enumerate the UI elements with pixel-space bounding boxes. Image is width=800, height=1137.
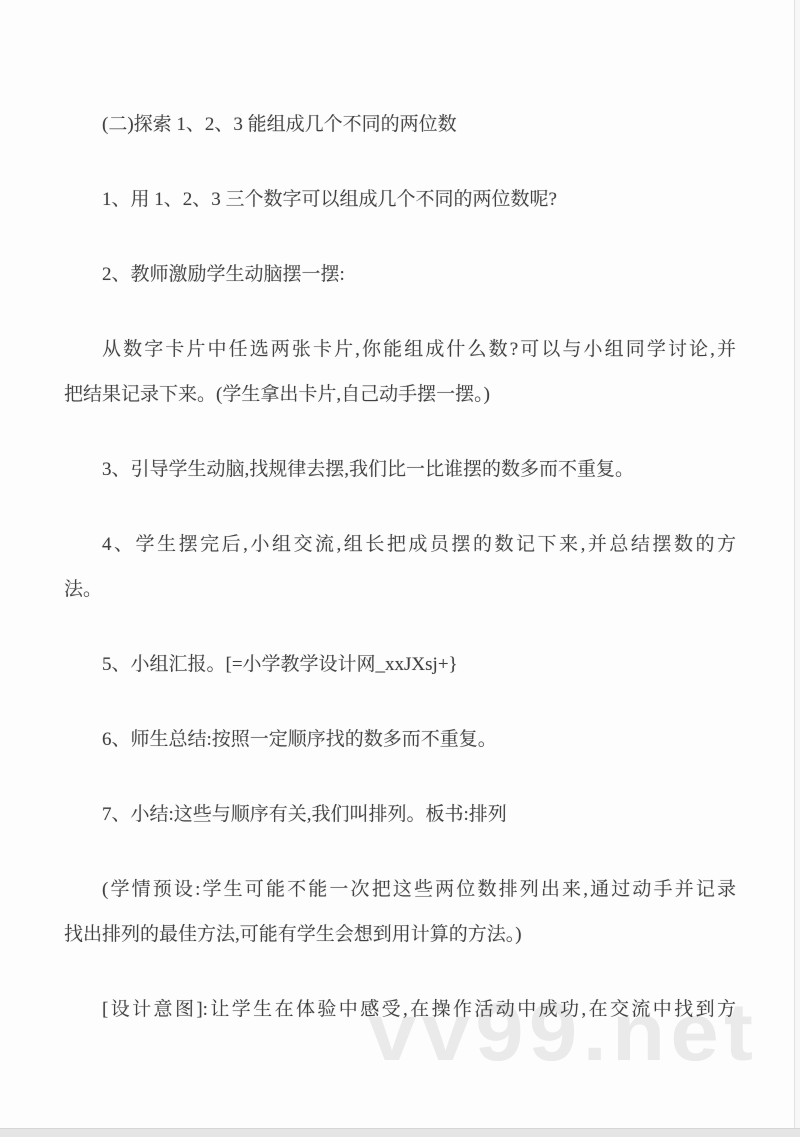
paragraph-line-step4: 4、学生摆完后,小组交流,组长把成员摆的数记下来,并总结摆数的方	[64, 522, 736, 567]
paragraph-line-intent: [设计意图]:让学生在体验中感受,在操作活动中成功,在交流中找到方	[64, 987, 736, 1032]
paragraph-line-continued: 找出排列的最佳方法,可能有学生会想到用计算的方法。)	[64, 912, 736, 957]
section-heading: (二)探索 1、2、3 能组成几个不同的两位数	[64, 102, 736, 147]
paragraph-line-step3: 3、引导学生动脑,找规律去摆,我们比一比谁摆的数多而不重复。	[64, 447, 736, 492]
paragraph-line-step2: 2、教师激励学生动脑摆一摆:	[64, 252, 736, 297]
paragraph-line-step6: 6、师生总结:按照一定顺序找的数多而不重复。	[64, 717, 736, 762]
paragraph-line-step7: 7、小结:这些与顺序有关,我们叫排列。板书:排列	[64, 792, 736, 837]
page-right-edge	[794, 0, 800, 1137]
paragraph-line-continued: 把结果记录下来。(学生拿出卡片,自己动手摆一摆。)	[64, 372, 736, 417]
document-content: (二)探索 1、2、3 能组成几个不同的两位数 1、用 1、2、3 三个数字可以…	[0, 0, 800, 1032]
paragraph-line: 从数字卡片中任选两张卡片,你能组成什么数?可以与小组同学讨论,并	[64, 327, 736, 372]
page-bottom-edge	[0, 1128, 800, 1137]
paragraph-line-preset: (学情预设:学生可能不能一次把这些两位数排列出来,通过动手并记录	[64, 867, 736, 912]
paragraph-line-continued: 法。	[64, 567, 736, 612]
document-page: vv99.net (二)探索 1、2、3 能组成几个不同的两位数 1、用 1、2…	[0, 0, 800, 1137]
paragraph-line-question: 1、用 1、2、3 三个数字可以组成几个不同的两位数呢?	[64, 177, 736, 222]
paragraph-line-step5: 5、小组汇报。[=小学教学设计网_xxJXsj+}	[64, 642, 736, 687]
